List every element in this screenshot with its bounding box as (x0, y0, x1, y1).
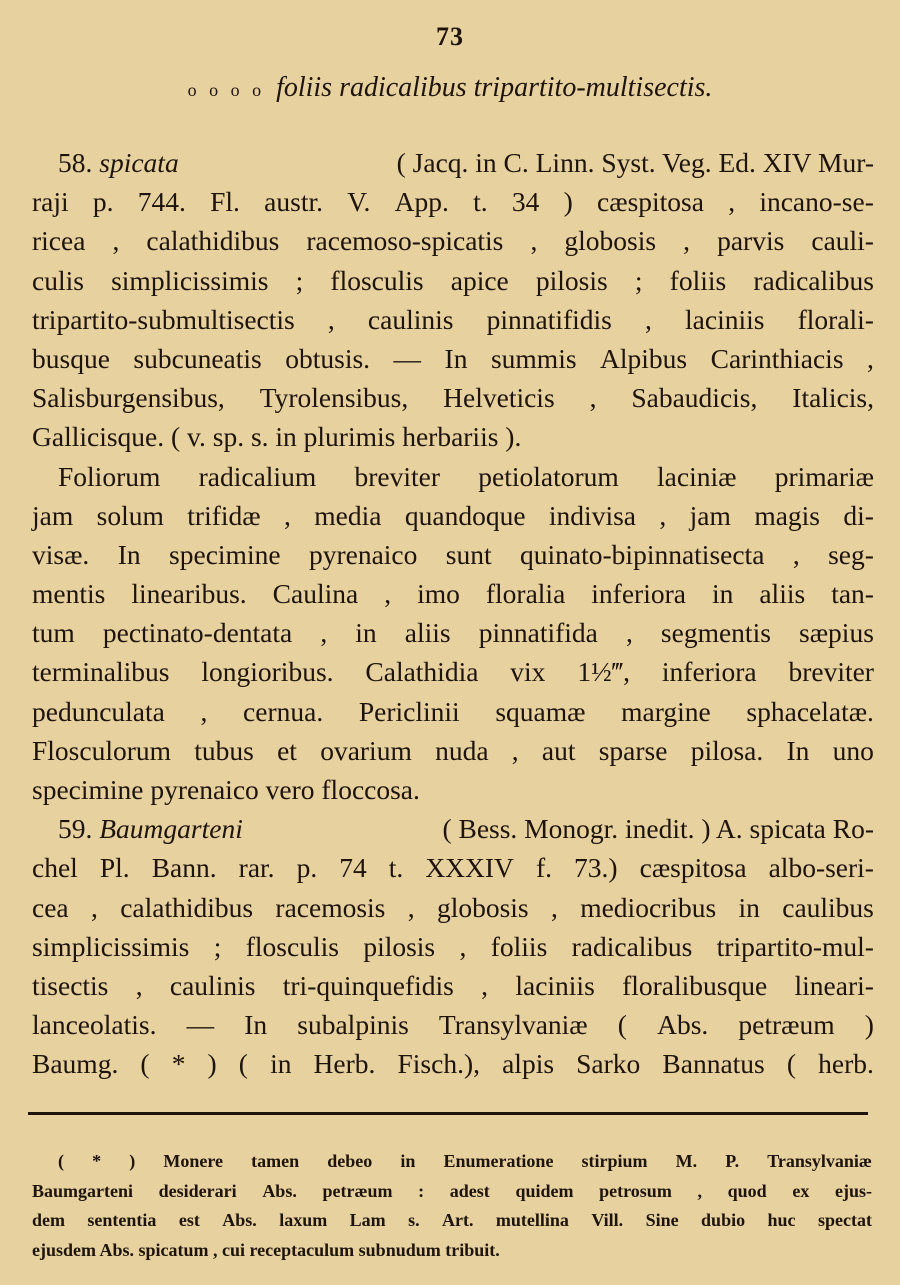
body-text: 58. spicata ( Jacq. in C. Linn. Syst. Ve… (32, 143, 874, 1084)
text-line: Baumg.(*)(inHerb.Fisch.),alpisSarkoBanna… (32, 1044, 874, 1083)
text-line: visæ.Inspeciminepyrenaicosuntquinato-bip… (32, 535, 874, 574)
text-line: pedunculata,cernua.Pericliniisquamæmargi… (32, 692, 874, 731)
species-name: spicata (99, 147, 178, 178)
text-line: busquesubcuneatisobtusis.—InsummisAlpibu… (32, 339, 874, 378)
footnote: (*)MoneretamendebeoinEnumerationestirpiu… (32, 1147, 872, 1265)
text-line: simplicissimis;flosculispilosis,foliisra… (32, 927, 874, 966)
book-page: 73 o o o o foliis radicalibus tripartito… (0, 0, 900, 1285)
entry-number: 59. (58, 813, 92, 844)
species-name: Baumgarteni (99, 813, 243, 844)
footnote-line: (*)MoneretamendebeoinEnumerationestirpiu… (32, 1147, 872, 1177)
text-line: lanceolatis.—InsubalpinisTransylvaniæ(Ab… (32, 1005, 874, 1044)
footnote-line: BaumgartenidesiderariAbs.petræum:adestqu… (32, 1177, 872, 1207)
text-line: Gallicisque. ( v. sp. s. in plurimis her… (32, 417, 874, 456)
entry-number: 58. (58, 147, 92, 178)
text-line: ( Bess. Monogr. inedit. ) A. spicata Ro- (442, 809, 874, 848)
text-line: specimine pyrenaico vero floccosa. (32, 770, 874, 809)
text-line: ricea,calathidibusracemoso-spicatis,glob… (32, 221, 874, 260)
text-line: terminalibuslongioribus.Calathidiavix1½‴… (32, 652, 874, 691)
footnote-line: demsententiaestAbs.laxumLams.Art.mutelli… (32, 1206, 872, 1236)
text-line: culissimplicissimis;flosculisapicepilosi… (32, 261, 874, 300)
text-line: tumpectinato-dentata,inaliispinnatifida,… (32, 613, 874, 652)
text-line: Foliorumradicaliumbreviterpetiolatorumla… (32, 457, 874, 496)
entry-58-line-1: 58. spicata ( Jacq. in C. Linn. Syst. Ve… (32, 143, 874, 182)
footnote-divider (28, 1112, 868, 1115)
text-line: mentislinearibus.Caulina,imofloraliainfe… (32, 574, 874, 613)
text-line: jamsolumtrifidæ,mediaquandoqueindivisa,j… (32, 496, 874, 535)
text-line: tripartito-submultisectis,caulinispinnat… (32, 300, 874, 339)
section-heading: o o o o foliis radicalibus tripartito-mu… (0, 72, 900, 104)
section-heading-text: foliis radicalibus tripartito-multisecti… (276, 72, 712, 103)
text-line: chelPl.Bann.rar.p.74t.XXXIVf.73.)cæspito… (32, 848, 874, 887)
footnote-line: ejusdem Abs. spicatum , cui receptaculum… (32, 1236, 872, 1266)
entry-59-line-1: 59. Baumgarteni ( Bess. Monogr. inedit. … (32, 809, 874, 848)
text-line: Salisburgensibus,Tyrolensibus,Helveticis… (32, 378, 874, 417)
section-marks: o o o o (188, 80, 266, 100)
page-number: 73 (0, 22, 900, 52)
text-line: Flosculorumtubusetovariumnuda,autsparsep… (32, 731, 874, 770)
text-line: tisectis,caulinistri-quinquefidis,lacini… (32, 966, 874, 1005)
text-line: ( Jacq. in C. Linn. Syst. Veg. Ed. XIV M… (397, 143, 874, 182)
text-line: rajip.744.Fl.austr.V.App.t.34)cæspitosa,… (32, 182, 874, 221)
text-line: cea,calathidibusracemosis,globosis,medio… (32, 888, 874, 927)
